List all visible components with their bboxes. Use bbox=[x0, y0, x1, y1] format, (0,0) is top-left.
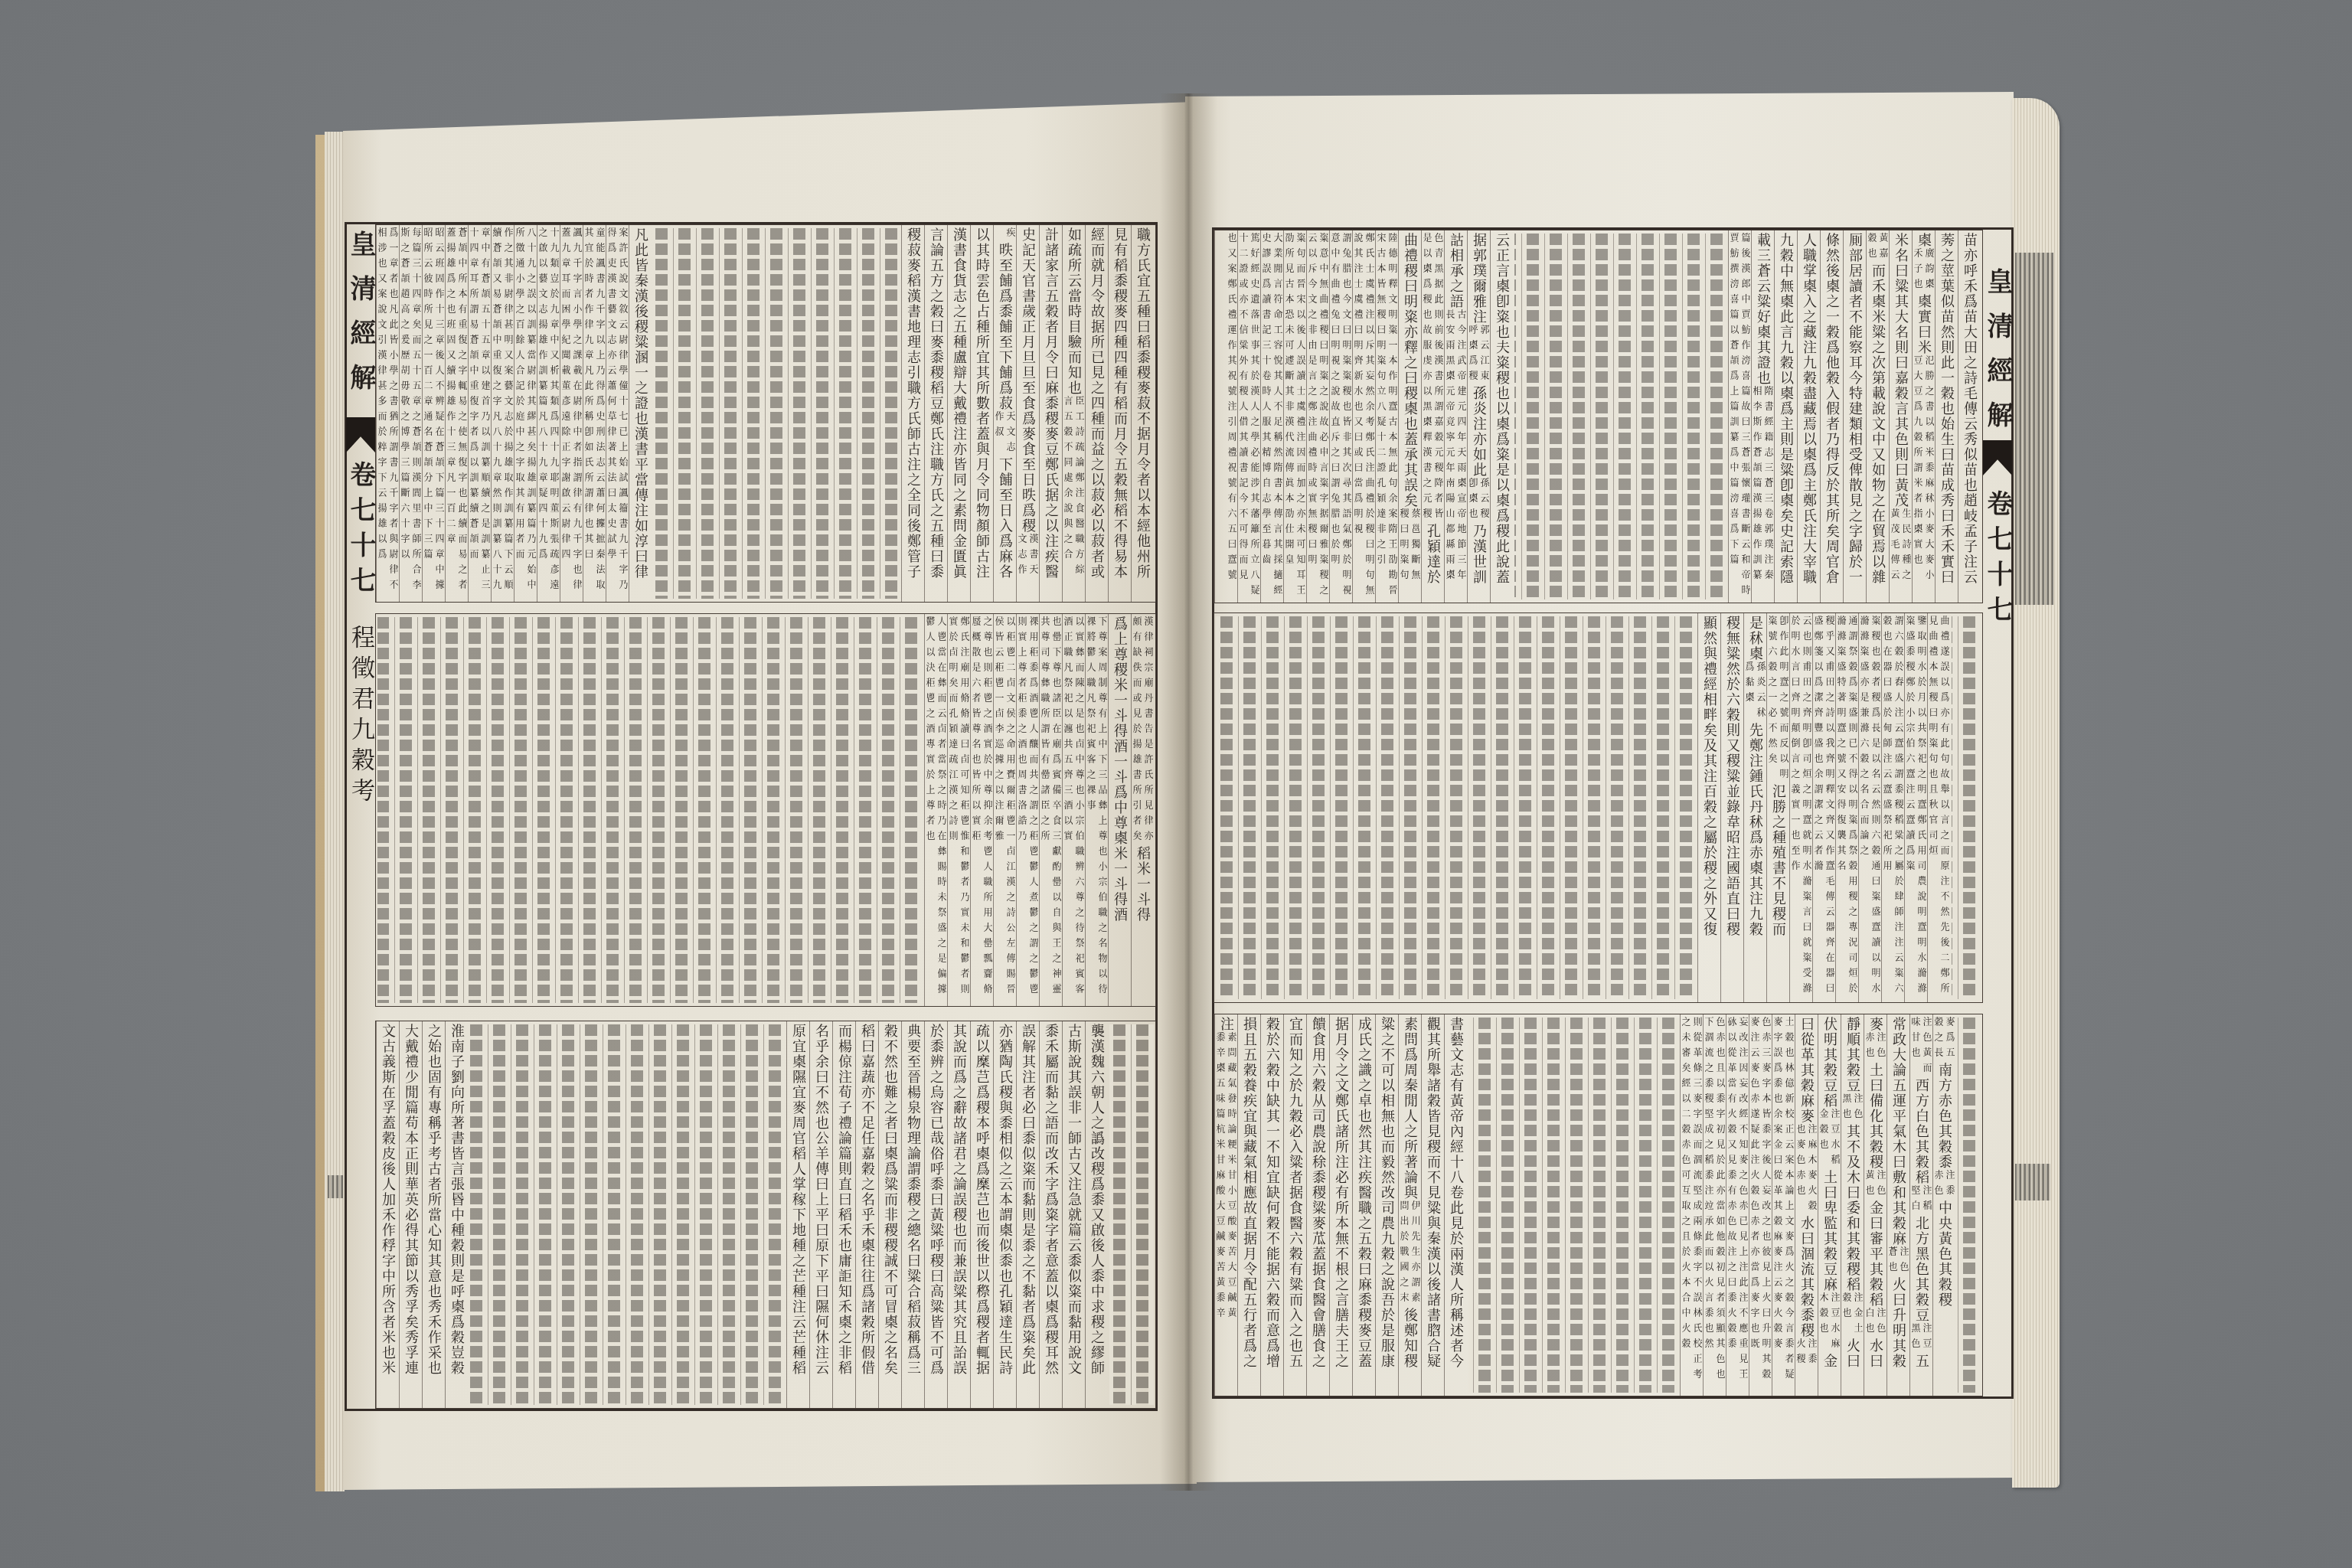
annotation-text: 色青黑据此則前後漢書所謂嘉穀元稷降者皆是以㮚爲稷也故服虔亦以黑㮚釋漢書之元稷 bbox=[1421, 233, 1444, 524]
main-text: 中央黃色其穀稷 bbox=[1936, 1200, 1952, 1308]
text-column: 淮南子劉向所著書皆言張昬中種穀則是呼㮚爲穀豈穀 bbox=[445, 1021, 468, 1408]
main-text: 凡此皆秦漢後稷粱溷一之證也漢書平當傳注如淳曰律 bbox=[632, 227, 648, 580]
annotation-text: 爲一章者也凡此皆小學之書猶所謂書九千字者與尉律不相涉也又案說文引漢律甚多而於粹字… bbox=[376, 227, 399, 602]
main-text: 稷菽麥稻漢書地理志引職方氏師古注之全同後鄭管子 bbox=[905, 227, 921, 580]
text-column: 章中有蒼頡五十五章以建首乃以訓纂順續之是訓纂止三十四章耳所謂易蒼頡中重復字者爲以… bbox=[468, 225, 491, 602]
untranscribed-text-block bbox=[377, 617, 923, 1003]
main-text: 見有稻黍稷麥四種四種有稻而月令五穀無稻不得易本 bbox=[1112, 227, 1128, 580]
text-column: 粢稷也穀者稷爲長是以名云然則六穀通曰粢盛齍讀以明水滫滌粢盛亦是兼滌六穀之名合而論… bbox=[1858, 613, 1881, 1002]
annotation-text: 注色黑也 bbox=[1841, 1093, 1864, 1124]
main-text: 條然後㮚之一穀爲他穀入假者乃得反於其所矣周官倉 bbox=[1824, 233, 1840, 585]
text-column: 云正言㮚卽粢也夫粢稷也以㮚爲粢是以㮚爲稷此說蓋 bbox=[1490, 230, 1513, 603]
text-column: 稻曰嘉蔬亦不足任嘉穀之名乎禾㮚往往爲諸穀所假借 bbox=[855, 1021, 878, 1408]
annotation-text: 生民詩種之黃茂毛傳云 bbox=[1889, 508, 1912, 585]
main-text: 淮南子劉向所著書皆言張昬中種穀則是呼㮚爲穀豈穀 bbox=[449, 1024, 465, 1376]
main-text: 氾勝之種殖書不見稷而 bbox=[1770, 784, 1786, 937]
main-text: 大戴禮少閒篇苟本正則華英必得其節以秀孚矣秀孚連 bbox=[403, 1024, 419, 1376]
text-column: 篤好經史遺落世事其於漢人之學必能涉其藩籬所立八疑十二證或亦不信粱外有稷人借其讀書… bbox=[1237, 230, 1260, 603]
annotation-text: 素問藏氣發時論粳米甘小豆酸麥苦大豆鹹黃黍辛㮚五味篇杭米甘麻酸大豆鹹麥苦黃黍辛 bbox=[1214, 1032, 1237, 1323]
annotation-text: 天文志作叔 bbox=[993, 411, 1016, 457]
text-column: 靜順其穀豆注色黑也其不及木曰委和其穀稷稻注金土穀也火曰 bbox=[1841, 1014, 1864, 1396]
main-text: 五 bbox=[1913, 1354, 1929, 1369]
main-text: 九穀中無㮚此言九穀以㮚爲主則是粱卽㮚矣史記索隱 bbox=[1778, 233, 1794, 585]
text-column: 見有稻黍稷麥四種四種有稻而月令五穀無稻不得易本 bbox=[1108, 225, 1131, 602]
untranscribed-text-block bbox=[1216, 616, 1697, 999]
annotation-text: 孫云稷卽㮚也 bbox=[1467, 478, 1490, 524]
text-column: 伏明其穀豆稻注豆水稻金穀也土曰卑監其穀豆麻注豆水麻木穀也金 bbox=[1818, 1014, 1841, 1396]
text-column: 襲漢魏六朝人之譌改稷爲黍又啟後人黍中求稷之繆師 bbox=[1085, 1021, 1108, 1408]
text-column: 粢句而晉宋以後人誤讀士虞禮注因而加之亦未可知耳王劭所見古本恐未可遽斷其非漢代流傳… bbox=[1283, 230, 1306, 603]
text-column: 職方氏宜五種曰稻黍稷麥菽不据月令者以本經他州所 bbox=[1131, 225, 1154, 602]
annotation-text: 古今注武帝建元四年天雨㮚宣帝地節三年長安雨黑㮚元帝竟寧元年南陽山都縣雨㮚 bbox=[1444, 309, 1467, 585]
text-column: 文古義斯在孚蓋穀皮後人加禾作稃字中所含者米也米 bbox=[376, 1021, 399, 1408]
text-column: 曰從革其穀麻麥注麻木麥火穀也麥色赤也水曰涸流其穀黍稷注黍火稷 bbox=[1795, 1014, 1818, 1396]
annotation-text: 漢律祠宗廟丹書告是許氏所見律亦頗有缺佚而或見於揚雄書所引者矣 bbox=[1131, 616, 1154, 846]
main-text: 乃漢世訓 bbox=[1471, 524, 1487, 585]
text-column: 經而就月令故据所已見之四種而益之以菽必以菽者或 bbox=[1085, 225, 1108, 602]
text-column: 米名曰粱其大名則曰嘉穀言其色則曰黃茂生民詩種之黃茂毛傳云 bbox=[1889, 230, 1912, 603]
annotation-text: 蔡邕獨斷無稷曰明粢句 bbox=[1398, 508, 1421, 585]
main-text: 先鄭注鍾氏丹秫爲赤㮚其注九穀 bbox=[1747, 723, 1763, 937]
main-text: 饋食用六穀从司農說稌黍稷粱麥苽蓋据食醫會膳食之 bbox=[1310, 1017, 1326, 1369]
text-column: 每篇三十四章矣而五十五章之蒼頡則漢閭里書師所合李斯之蒼頡趙高之爰歷胡毋敬之博學三… bbox=[399, 225, 422, 602]
annotation-text: 注豆水麻木穀也 bbox=[1818, 1292, 1841, 1354]
text-column: 鄭氏士虞禮注以斥其妄然余考鄭氏注曲禮於稷曰明句無說其注士虞禮曰明齊新水也又曰或曰… bbox=[1352, 230, 1375, 603]
fish-tail-ornament bbox=[346, 417, 375, 452]
main-text: 西方白色其穀稻 bbox=[1913, 1078, 1929, 1185]
main-text: 顯然與禮經相畔矣及其注百穀之屬於稷之外又復 bbox=[1701, 616, 1717, 937]
untranscribed-text-block bbox=[1468, 1018, 1680, 1393]
text-column: 也又案鄭氏禮運作其祝號注引周禮祝號有六五曰齍號 bbox=[1214, 230, 1237, 603]
annotation-text: 篤好經史遺落世事其於漢人之學必能涉其藩籬所立八疑十二證或亦不信粱外有稷人借其讀書… bbox=[1237, 233, 1260, 603]
main-text: 之始也固有專稱乎考古者所當心知其意也秀禾作采也 bbox=[426, 1024, 442, 1376]
untranscribed-text-block bbox=[653, 228, 903, 599]
text-column: 謂六穀於舂人注云齍盛謂黍稷稻粱之屬於肆師注注云粢六穀也在器曰盛於甸師注云齍盛祭祀… bbox=[1881, 613, 1904, 1002]
text-column: 穀不然也難之者曰㮚爲粱而非稷稷誠不可冒㮚之名矣 bbox=[878, 1021, 901, 1408]
left-middle-register: 漢律祠宗廟丹書告是許氏所見律亦頗有缺佚而或見於揚雄書所引者矣稻米一斗得爲上尊稷米… bbox=[375, 613, 1156, 1007]
main-text: 伏明其穀豆稻 bbox=[1821, 1017, 1837, 1109]
text-column: 稷無粱然於六穀則又稷粱並錄韋昭注國語直曰稷 bbox=[1720, 613, 1743, 1002]
annotation-text: 稷乎又甫田之詩以我齊明釋文齊又作齍毛傳云器齊在器曰盛鄭箋以爲潔齊豐盛也余謂潔之云… bbox=[1812, 616, 1835, 1002]
text-column: 黍禾屬而黏之語而改禾字爲粢字者意蓋以㮚爲稷耳然 bbox=[1039, 1021, 1062, 1408]
fish-tail-ornament bbox=[1983, 440, 2012, 475]
annotation-text: 以實彝而陳之是也卣中尊也小宗伯職辨六尊之待祭祀賓客酒正職凡祭祀以瀍共五齊三酒以實 bbox=[1062, 616, 1085, 1006]
column-group-right: 苗亦呼禾爲苗大田之詩毛傳云秀似苗也趙岐孟子注云莠之莖葉似苗然則此一穀也始生曰苗成… bbox=[1728, 230, 1981, 603]
text-column: 案許氏說文敘云尉律學僮十七已上始試諷籀書九千字乃得爲吏漢書藝文志亦云蕭何草律著其… bbox=[606, 225, 629, 602]
annotation-text: 色赤三麥字本皆黍字後人妄改之也彼見上火曰升明其穀麥注云麥色赤遂疑此注火穀色赤者亦… bbox=[1749, 1017, 1772, 1396]
left-lower-register: 淮南子劉向所著書皆言張昬中種穀則是呼㮚爲穀豈穀之始也固有專稱乎考古者所當心知其意… bbox=[375, 1021, 1156, 1409]
text-column: 祼用秬黍爲酒鬯人釀而共之謂之秬鬯鬱人煮鬱之謂之鬱鬯則實上尊者秬黍之酒也周書洛誥乃 bbox=[1016, 614, 1039, 1006]
text-column: 以秬鬯二卣文侯之命用賚爾秬鬯一卣江漢之詩公左傳賜晉侯皆云秬鬯一卣李巡據之以注爾雅 bbox=[993, 614, 1016, 1006]
annotation-text: 疾 bbox=[993, 227, 1016, 243]
annotation-text: 孫炎云秫爲黏㮚 bbox=[1743, 661, 1766, 723]
text-column: 謂兔腊也今文曰明粢粢稷也皆非其次尋其語氣鄭於明視意中有曲禮兔曰明視之說故直斥之曰… bbox=[1329, 230, 1352, 603]
main-text: 稷無粱然於六穀則又稷粱並錄韋昭注國語直曰稷 bbox=[1724, 616, 1740, 937]
main-text: 火曰 bbox=[1844, 1338, 1860, 1369]
annotation-text: 注黍赤色 bbox=[1932, 1170, 1955, 1200]
text-column: 昭云班固作十三章後人不辨疑在蒼頡下篇三十四章中據昭所云彼時所見之一百二章通名蒼頡… bbox=[422, 225, 445, 602]
text-column: 篇後漢郎中賈魴作滂喜篇故曰三蒼張懷瓘書斷云和帝時賈魴撰滂喜篇以蒼頡爲上篇訓纂爲中… bbox=[1728, 230, 1751, 603]
annotation-text: 篇後漢郎中賈魴作滂喜篇故曰三蒼張懷瓘書斷云和帝時賈魴撰滂喜篇以蒼頡爲上篇訓纂爲中… bbox=[1728, 233, 1751, 603]
text-column: 名乎余曰不然也公羊傳曰上平曰原下平曰隰何休注云 bbox=[809, 1021, 832, 1408]
text-column: 鑒取明水於月以共祭祀之明齍鄭氏用司農說明齍明水滫滌粢盛黍稷鄭於小宗伯六齍注云齍讀… bbox=[1904, 613, 1927, 1002]
annotation-text: 郭云江東呼㮚爲稷 bbox=[1467, 325, 1490, 386]
main-text: 金曰審平其穀稻 bbox=[1867, 1200, 1883, 1308]
annotation-text: 大業閒言符命工容悅其人不足稱然隋書本傳言其採擿經史謬誤爲讀書記三十卷時人服其精博… bbox=[1260, 233, 1283, 603]
text-column: 穀於六穀中缺其一不知宜缺何穀不能据六穀而意爲增 bbox=[1260, 1014, 1283, 1396]
column-group-right: 曲禮遂誤以爲亦有此句故舉以言之而原注不然先後二鄭所見曲禮本無稷曰明粢句也且秋官司… bbox=[1697, 613, 1950, 1002]
right-upper-register: 云正言㮚卽粢也夫粢稷也以㮚爲粢是以㮚爲稷此說蓋据郭璞爾雅注郭云江東呼㮚爲稷孫炎注… bbox=[1214, 230, 1983, 603]
main-text: 疏以穈芑爲稷本呼㮚爲穈芑也而後世以穄爲稷者輒据 bbox=[974, 1024, 990, 1376]
main-text: 誤解其注者必曰黍似粢而黏則是黍之不黏者爲粢矣此 bbox=[1020, 1024, 1036, 1376]
main-text: 常政大論五運平氣木曰敷和其穀麻 bbox=[1890, 1017, 1906, 1246]
annotation-text: 注色黃也 bbox=[1864, 1170, 1886, 1200]
text-column: 漢律祠宗廟丹書告是許氏所見律亦頗有缺佚而或見於揚雄書所引者矣稻米一斗得 bbox=[1131, 614, 1154, 1006]
text-column: 以實彝而陳之是也卣中尊也小宗伯職辨六尊之待祭祀賓客酒正職凡祭祀以瀍共五齊三酒以實 bbox=[1062, 614, 1085, 1006]
text-column: 則從革條三麥字誤而涸流堅成兩條黍字不誤林氏校正考之未審矣經以二穀赤色可互取之且於… bbox=[1680, 1014, 1703, 1396]
main-text: 損且五穀養疾宜與藏氣相應故直据月令配五行者爲之 bbox=[1241, 1017, 1257, 1369]
annotation-text: 注色白也 bbox=[1864, 1308, 1886, 1338]
text-column: 通謂祭穀爲粢盛則已不得以明粢爲祭穀用稷之專況司烜於滫滌粢盛特著明齍之號又安得復襲… bbox=[1835, 613, 1858, 1002]
text-column: 厠部居讀者不能察耳今特建類相受俾散見之字歸於一 bbox=[1843, 230, 1866, 603]
main-text: 成氏之識之卓也然其注疾醫職之五穀曰麻黍稷麥豆蓋 bbox=[1356, 1017, 1372, 1369]
annotation-text: 粢意中無曲禮稷曰明粢之說故必申言粢字据爾雅粢稷之云以斥今文之非由是言之鄭注曲禮時… bbox=[1306, 233, 1329, 603]
fore-edge-ink-smear bbox=[2015, 1164, 2050, 1200]
text-column: 云也則甫田之齊明卽司烜之明齍就明水滫粢言曰就粢受滌於明水言曰齊明顛倒言之義實一也… bbox=[1789, 613, 1812, 1002]
text-column: 苗亦呼禾爲苗大田之詩毛傳云秀似苗也趙岐孟子注云 bbox=[1958, 230, 1981, 603]
annotation-text: 鄭氏注廟用脩脩讀曰卣可知秬鬯惟和鬱者乃實未和鬱者則實於卣明矣而孔穎達疏江漢之詩則 bbox=[947, 616, 970, 1006]
main-text: 莠之莖葉似苗然則此一穀也始生曰苗成秀曰禾禾實曰 bbox=[1939, 233, 1955, 585]
main-text: 曲禮稷曰明粢亦釋之曰稷㮚也蓋承其誤矣 bbox=[1402, 233, 1418, 508]
column-group-left: 云正言㮚卽粢也夫粢稷也以㮚爲粢是以㮚爲稷此說蓋据郭璞爾雅注郭云江東呼㮚爲稷孫炎注… bbox=[1214, 230, 1513, 603]
main-text: 史記天官書歲正月旦旦至食爲麥食至日昳爲稷 bbox=[1020, 227, 1036, 534]
text-column: 爲上尊稷米一斗得酒一斗爲中尊㮚米一斗得酒 bbox=[1108, 614, 1131, 1006]
annotation-text: 漢書天文志作 bbox=[1016, 534, 1039, 580]
main-text: 後鄭知稷 bbox=[1402, 1308, 1418, 1369]
main-text: 苗亦呼禾爲苗大田之詩毛傳云秀似苗也趙岐孟子注云 bbox=[1962, 233, 1978, 585]
main-text: 稻米一斗得 bbox=[1135, 846, 1151, 923]
column-group-right: 職方氏宜五種曰稻黍稷麥菽不据月令者以本經他州所見有稻黍稷麥四種四種有稻而月令五穀… bbox=[901, 225, 1154, 602]
untranscribed-text-block bbox=[1957, 1018, 1981, 1393]
text-column: 詁相承之語古今注武帝建元四年天雨㮚宣帝地節三年長安雨黑㮚元帝竟寧元年南陽山都縣雨… bbox=[1444, 230, 1467, 603]
main-text: 言論五方之穀曰麥黍稷稻豆鄭氏注職方氏之五種曰黍 bbox=[928, 227, 944, 580]
text-column: 疏以穈芑爲稷本呼㮚爲穈芑也而後世以穄爲稷者輒据 bbox=[970, 1021, 993, 1408]
text-column: 宜而知之於九穀必入粱者据食醫六穀有粱而入之也五 bbox=[1283, 1014, 1306, 1396]
annotation-text: 也又案鄭氏禮運作其祝號注引周禮祝號有六五曰齍號 bbox=[1214, 233, 1237, 603]
main-text: 据月令之文鄭氏諸所注必有所本無不根之言膳夫王之 bbox=[1333, 1017, 1349, 1369]
right-page-margin-column: 皇清經解 卷七十七 bbox=[1983, 230, 2012, 1396]
text-column: 如疏所云當時目驗而知也臣工詩疏論鄭注食醫職方綜言五穀不同處余說與之合 bbox=[1062, 225, 1085, 602]
text-column: 鄭氏注廟用脩脩讀曰卣可知秬鬯惟和鬱者乃實未和鬱者則實於卣明矣而孔穎達疏江漢之詩則 bbox=[947, 614, 970, 1006]
text-column: 注素問藏氣發時論粳米甘小豆酸麥苦大豆鹹黃黍辛㮚五味篇杭米甘麻酸大豆鹹麥苦黃黍辛 bbox=[1214, 1014, 1237, 1396]
main-text: 米名曰粱其大名則曰嘉穀言其色則曰黃茂 bbox=[1893, 233, 1909, 508]
text-column: 黃嘉穀也而禾㮚米粱之次第載說文中又如物之在貿焉以雜 bbox=[1866, 230, 1889, 603]
main-text: 文古義斯在孚蓋穀皮後人加禾作稃字中所含者米也米 bbox=[380, 1024, 396, 1376]
annotation-text: 也罍下尊也諸臣在廟爲賓備卒食三獻酌罍以自與王之神靈共尊司尊彝職所謂皆有罍諸臣之所 bbox=[1039, 616, 1062, 1006]
annotation-text: 案許氏說文敘云尉律學僮十七已上始試諷籀書九千字乃得爲吏漢書藝文志亦云蕭何草律著其… bbox=[606, 227, 629, 602]
main-text: 㮚實曰米 bbox=[1916, 294, 1932, 355]
annotation-text: 色赤也且以黍字初見於此亦當如他穀初見者須顯其色也下涸流之黍稷堅成之稻黍注竝承此而… bbox=[1703, 1017, 1726, 1396]
main-text: 人職掌㮚入之藏注九穀盡藏焉以㮚爲主鄭氏注大宰職 bbox=[1801, 233, 1817, 585]
text-column: 人鬯當在彝而云卣者當祭之時乃在彝賜時未祭盛之是偏據鬱人以決秬鬯之酒專實於上尊者也 bbox=[924, 614, 947, 1006]
left-page-edge-stack bbox=[325, 132, 345, 1491]
text-column: 麥爲五穀之長南方赤色其穀黍注黍赤色中央黃色其穀稷 bbox=[1932, 1014, 1955, 1396]
text-column: 色青黑据此則前後漢書所謂嘉穀元稷降者皆是以㮚爲稷也故服虔亦以黑㮚釋漢書之元稷孔穎… bbox=[1421, 230, 1444, 603]
annotation-text: 每篇三十四章矣而五十五章之蒼頡則漢閭里書師所合李斯之蒼頡趙高之爰歷胡毋敬之博學三… bbox=[399, 227, 422, 602]
text-column: 注色黃而味甘也西方白色其穀稻注稻堅白北方黑色其穀豆注豆黑色五 bbox=[1909, 1014, 1932, 1396]
annotation-text: 注麻木麥火穀也麥色赤也 bbox=[1795, 1124, 1818, 1216]
annotation-text: 注色黃而味甘也 bbox=[1909, 1017, 1932, 1078]
annotation-text: 土穀也林億新校正云案本論上文麥爲火之穀今言黍者疑麥字誤爲黍也余案金曰從革其穀麻麥… bbox=[1772, 1017, 1795, 1396]
text-column: 色赤也且以黍字初見於此亦當如他穀初見者須顯其色也下涸流之黍稷堅成之稻黍注竝承此而… bbox=[1703, 1014, 1726, 1396]
text-column: 言論五方之穀曰麥黍稷稻豆鄭氏注職方氏之五種曰黍 bbox=[924, 225, 947, 602]
left-page-margin-column: 皇清經解 卷七十七 程徵君九穀考 bbox=[346, 224, 375, 1409]
main-text: 水曰 bbox=[1867, 1338, 1883, 1369]
main-text: 粱之不可以相無也而毅然改司農九穀之說吾於是服康 bbox=[1379, 1017, 1395, 1369]
annotation-text: 注豆水稻金穀也 bbox=[1818, 1109, 1841, 1170]
main-text: 土曰備化其穀稷 bbox=[1867, 1063, 1883, 1170]
text-column: 成氏之識之卓也然其注疾醫職之五穀曰麻黍稷麥豆蓋 bbox=[1352, 1014, 1375, 1396]
annotation-text: 注色赤也 bbox=[1864, 1032, 1886, 1063]
main-text: 襲漢魏六朝人之譌改稷爲黍又啟後人黍中求稷之繆師 bbox=[1089, 1024, 1105, 1376]
annotation-text: 鄭氏士虞禮注以斥其妄然余考鄭氏注曲禮於稷曰明句無說其注士虞禮曰明齊新水也又曰或曰… bbox=[1352, 233, 1375, 603]
main-text: 南方赤色其穀黍 bbox=[1936, 1063, 1952, 1170]
volume-label: 卷七十七 bbox=[1983, 490, 2012, 631]
annotation-text: 童能諷書九千字以上乃得爲史刑法志云蕭何攈摭秦法取其宜於時者作律九章凡此所稱卽如氏… bbox=[583, 227, 606, 602]
text-column: 凡此皆秦漢後稷粱溷一之證也漢書平當傳注如淳曰律 bbox=[629, 225, 652, 602]
main-text: 素問爲周秦閒人之所著論與 bbox=[1402, 1017, 1418, 1200]
text-column: 疾昳至餔爲黍餔至下餔爲菽天文志作叔下餔至日入爲麻各 bbox=[993, 225, 1016, 602]
annotation-text: 謂兔腊也今文曰明粢粢稷也皆非其次尋其語氣鄭於明視意中有曲禮兔曰明視之說故直斥之曰… bbox=[1329, 233, 1352, 603]
text-column: 古斯說其誤非一師古又注急就篇云黍似粢而黏用說文 bbox=[1062, 1021, 1085, 1408]
main-text: 云正言㮚卽粢也夫粢稷也以㮚爲粢是以㮚爲稷此說蓋 bbox=[1494, 233, 1510, 585]
annotation-text: 卽作此明齍之號而反以明粢號六穀之一必不然矣 bbox=[1766, 616, 1789, 784]
main-text: 黍禾屬而黏之語而改禾字爲粢字者意蓋以㮚爲稷耳然 bbox=[1043, 1024, 1059, 1376]
annotation-text: 章中有蒼頡五十五章以建首乃以訓纂順續之是訓纂止三十四章耳所謂易蒼頡中重復字者爲以… bbox=[468, 227, 491, 602]
text-column: 之始也固有專稱乎考古者所當心知其意也秀禾作采也 bbox=[422, 1021, 445, 1408]
main-text: 宜而知之於九穀必入粱者据食醫六穀有粱而入之也五 bbox=[1287, 1017, 1303, 1369]
text-column: 曲禮稷曰明粢亦釋之曰稷㮚也蓋承其誤矣蔡邕獨斷無稷曰明粢句 bbox=[1398, 230, 1421, 603]
text-column: 色赤三麥字本皆黍字後人妄改之也彼見上火曰升明其穀麥注云麥色赤遂疑此注火穀色赤者亦… bbox=[1749, 1014, 1772, 1396]
text-column: 十九類豈於九章中又析其類爲四十九耶明董斯張疏彥遠之啟以藝文志揚雄作訓纂篇凡八十九… bbox=[537, 225, 560, 602]
annotation-text: 注金土穀也 bbox=[1841, 1292, 1864, 1338]
text-column: 据月令之文鄭氏諸所注必有所本無不根之言膳夫王之 bbox=[1329, 1014, 1352, 1396]
text-column: 以其時雲色占種所宜其所數者蓋與月令同物顏師古注 bbox=[970, 225, 993, 602]
annotation-text: 謂六穀於舂人注云齍盛謂黍稷稻粱之屬於肆師注注云粢六穀也在器曰盛於甸師注云齍盛祭祀… bbox=[1881, 616, 1904, 1002]
main-text: 稻曰嘉蔬亦不足任嘉穀之名乎禾㮚往往爲諸穀所假借 bbox=[859, 1024, 875, 1376]
text-column: 据郭璞爾雅注郭云江東呼㮚爲稷孫炎注亦如此孫云稷卽㮚也乃漢世訓 bbox=[1467, 230, 1490, 603]
main-text: 注 bbox=[1218, 1017, 1234, 1032]
main-text: 而楊倞注荀子禮論篇則直曰稻禾也庸詎知禾㮚之非稻 bbox=[836, 1024, 852, 1376]
main-text: 原宜㮚隰宜麥周官稻人掌稼下地種之芒種注云芒種稻 bbox=[790, 1024, 806, 1376]
main-text: 下餔至日入爲麻各 bbox=[997, 457, 1013, 580]
main-text: 經而就月令故据所已見之四種而益之以菽必以菽者或 bbox=[1089, 227, 1105, 580]
main-text: 厠部居讀者不能察耳今特建類相受俾散見之字歸於一 bbox=[1847, 233, 1863, 585]
column-group-right: 漢律祠宗廟丹書告是許氏所見律亦頗有缺佚而或見於揚雄書所引者矣稻米一斗得爲上尊稷米… bbox=[924, 614, 1154, 1006]
text-column: 書藝文志有黃帝內經十八卷此見於兩漢人所稱述者今 bbox=[1444, 1014, 1467, 1396]
main-text: 金 bbox=[1821, 1354, 1837, 1369]
text-column: 作之其非尉律甚明又案藝文志於揚雄取作訓纂篇下云順續蒼頡又易蒼頡中重復之字凡八十九… bbox=[491, 225, 514, 602]
right-lower-register: 書藝文志有黃帝內經十八卷此見於兩漢人所稱述者今觀其所舉諸穀皆見稷而不見粱與秦漢以… bbox=[1214, 1014, 1983, 1396]
main-text: 火曰升明其穀 bbox=[1890, 1277, 1906, 1369]
annotation-text: 注豆黑色 bbox=[1909, 1323, 1932, 1354]
main-text: 詁相承之語 bbox=[1448, 233, 1464, 309]
annotation-text: 注稻堅白 bbox=[1909, 1185, 1932, 1216]
untranscribed-text-block bbox=[1952, 616, 1981, 999]
text-column: 計諸家言五穀者月令曰麻黍稷麥豆鄭氏据之以注疾醫 bbox=[1039, 225, 1062, 602]
annotation-text: 妄改注因妄改經不知麥之色赤已見上注此注不應重見王砅以從革當有火穀又見黍有赤色故注… bbox=[1726, 1017, 1749, 1396]
text-column: 卽作此明齍之號而反以明粢號六穀之一必不然矣氾勝之種殖書不見稷而 bbox=[1766, 613, 1789, 1002]
main-text: 土曰卑監其穀豆麻 bbox=[1821, 1170, 1837, 1292]
main-text: 孫炎注亦如此 bbox=[1471, 386, 1487, 478]
right-middle-register: 曲禮遂誤以爲亦有此句故舉以言之而原注不然先後二鄭所見曲禮本無稷曰明粢句也且秋官司… bbox=[1214, 612, 1983, 1003]
text-column: 亦猶陶氏稷與黍相似之云本謂㮚似黍也孔穎達生民詩 bbox=[993, 1021, 1016, 1408]
main-text: 名乎余曰不然也公羊傳曰上平曰原下平曰隰何休注云 bbox=[813, 1024, 829, 1376]
text-column: 也罍下尊也諸臣在廟爲賓備卒食三獻酌罍以自與王之神靈共尊司尊彝職所謂皆有罍諸臣之所 bbox=[1039, 614, 1062, 1006]
left-upper-register: 凡此皆秦漢後稷粱溷一之證也漢書平當傳注如淳曰律案許氏說文敘云尉律學僮十七已上始試… bbox=[375, 224, 1156, 603]
annotation-text: 陸德明釋文明粢一本作明齍古本無此句余案隋王劭勘晉宋古本皆無稷曰明粢句立八疑十二證… bbox=[1375, 233, 1398, 603]
text-column: 觀其所舉諸穀皆見稷而不見粱與秦漢以後諸書脗合疑 bbox=[1421, 1014, 1444, 1396]
main-text: 穀於六穀中缺其一不知宜缺何穀不能据六穀而意爲增 bbox=[1264, 1017, 1280, 1369]
annotation-text: 隋書經籍志三蒼三卷郭璞注秦相李斯作蒼頡篇漢揚雄作訓纂 bbox=[1751, 386, 1774, 585]
annotation-text: 昭云班固作十三章後人不辨疑在蒼頡下篇三十四章中據昭所云彼時所見之一百二章通名蒼頡… bbox=[422, 227, 445, 602]
text-column: 蒼頡中所本有重復之字輒易之使無復字也此續而易之者蓋揚雄爲之也班固又續揚雄作十三章… bbox=[445, 225, 468, 602]
main-text: 㮚 bbox=[1916, 233, 1932, 248]
annotation-text: 鑒取明水於月以共祭祀之明齍鄭氏用司農說明齍明水滫滌粢盛黍稷鄭於小宗伯六齍注云齍讀… bbox=[1904, 616, 1927, 1002]
annotation-text: 粢句而晉宋以後人誤讀士虞禮注因而加之亦未可知耳王劭所見古本恐未可遽斷其非漢代流傳… bbox=[1283, 233, 1306, 603]
untranscribed-text-block bbox=[469, 1024, 786, 1405]
main-text: 如疏所云當時目驗而知也 bbox=[1066, 227, 1082, 396]
annotation-text: 十九類豈於九章中又析其類爲四十九耶明董斯張疏彥遠之啟以藝文志揚雄作訓纂篇凡八十九… bbox=[537, 227, 560, 602]
text-column: 於黍辨之烏容已哉俗呼黍曰黃粱呼稷曰高粱皆不可爲 bbox=[924, 1021, 947, 1408]
annotation-text: 云也則甫田之齊明卽司烜之明齍就明水滫粢言曰就粢受滌於明水言曰齊明顛倒言之義實一也… bbox=[1789, 616, 1812, 1002]
text-column: 載三蒼云粱好㮚其證也隋書經籍志三蒼三卷郭璞注秦相李斯作蒼頡篇漢揚雄作訓纂 bbox=[1751, 230, 1774, 603]
column-group-right: 襲漢魏六朝人之譌改稷爲黍又啟後人黍中求稷之繆師古斯說其誤非一師古又注急就篇云黍似… bbox=[786, 1021, 1108, 1408]
main-text: 職方氏宜五種曰稻黍稷麥菽不据月令者以本經他州所 bbox=[1135, 227, 1151, 580]
column-group-left: 書藝文志有黃帝內經十八卷此見於兩漢人所稱述者今觀其所舉諸穀皆見稷而不見粱與秦漢以… bbox=[1214, 1014, 1467, 1396]
text-column: 損且五穀養疾宜與藏氣相應故直据月令配五行者爲之 bbox=[1237, 1014, 1260, 1396]
annotation-text: 以秬鬯二卣文侯之命用賚爾秬鬯一卣江漢之詩公左傳賜晉侯皆云秬鬯一卣李巡據之以注爾雅 bbox=[993, 616, 1016, 1006]
text-column: 諷九千字言小學之課載在尉律中者指謂律有九千字也律蓋九章耳而困學紀聞載董彥遠除正字… bbox=[560, 225, 583, 602]
main-text: 曰從革其穀麻麥 bbox=[1798, 1017, 1815, 1124]
text-column: 土穀也林億新校正云案本論上文麥爲火之穀今言黍者疑麥字誤爲黍也余案金曰從革其穀麻麥… bbox=[1772, 1014, 1795, 1396]
book-title: 皇清經解 bbox=[346, 230, 375, 408]
main-text: 亦猶陶氏稷與黍相似之云本謂㮚似黍也孔穎達生民詩 bbox=[997, 1024, 1013, 1376]
main-text: 昳至餔爲黍餔至下餔爲菽 bbox=[997, 243, 1013, 411]
annotation-text: 伊川先生亦謂素問出於戰國之末 bbox=[1398, 1200, 1421, 1308]
main-text: 於黍辨之烏容已哉俗呼黍曰黃粱呼稷曰高粱皆不可爲 bbox=[928, 1024, 944, 1376]
annotation-text: 曲禮遂誤以爲亦有此句故舉以言之而原注不然先後二鄭所見曲禮本無稷曰明粢句也且秋官司… bbox=[1927, 616, 1950, 1002]
column-group-left: 凡此皆秦漢後稷粱溷一之證也漢書平當傳注如淳曰律案許氏說文敘云尉律學僮十七已上始試… bbox=[376, 225, 652, 602]
main-text: 据郭璞爾雅注 bbox=[1471, 233, 1487, 325]
main-text: 孔穎達於 bbox=[1425, 524, 1441, 585]
text-column: 莠之莖葉似苗然則此一穀也始生曰苗成秀曰禾禾實曰 bbox=[1935, 230, 1958, 603]
main-text: 其不及木曰委和其穀稷稻 bbox=[1844, 1124, 1860, 1292]
text-column: 妄改注因妄改經不知麥之色赤已見上注此注不應重見王砅以從革當有火穀又見黍有赤色故注… bbox=[1726, 1014, 1749, 1396]
main-text: 北方黑色其穀豆 bbox=[1913, 1216, 1929, 1323]
text-column: 而楊倞注荀子禮論篇則直曰稻禾也庸詎知禾㮚之非稻 bbox=[832, 1021, 855, 1408]
main-text: 穀不然也難之者曰㮚爲粱而非稷稷誠不可冒㮚之名矣 bbox=[882, 1024, 898, 1376]
text-column: 九穀中無㮚此言九穀以㮚爲主則是粱卽㮚矣史記索隱 bbox=[1774, 230, 1797, 603]
text-column: 是秫㮚孫炎云秫爲黏㮚先鄭注鍾氏丹秫爲赤㮚其注九穀 bbox=[1743, 613, 1766, 1002]
text-column: 其說而爲之辭故諸君之論誤稷也而兼誤粱其究且詒誤 bbox=[947, 1021, 970, 1408]
main-text: 其說而爲之辭故諸君之論誤稷也而兼誤粱其究且詒誤 bbox=[951, 1024, 967, 1376]
text-column: 稷乎又甫田之詩以我齊明釋文齊又作齍毛傳云器齊在器曰盛鄭箋以爲潔齊豐盛也余謂潔之云… bbox=[1812, 613, 1835, 1002]
text-column: 粱之不可以相無也而毅然改司農九穀之說吾於是服康 bbox=[1375, 1014, 1398, 1396]
text-column: 饋食用六穀从司農說稌黍稷粱麥苽蓋据食醫會膳食之 bbox=[1306, 1014, 1329, 1396]
main-text: 觀其所舉諸穀皆見稷而不見粱與秦漢以後諸書脗合疑 bbox=[1425, 1017, 1441, 1369]
text-column: 顯然與禮經相畔矣及其注百穀之屬於稷之外又復 bbox=[1697, 613, 1720, 1002]
untranscribed-text-block bbox=[1109, 1024, 1154, 1405]
annotation-text: 廣韵㮚禾子也 bbox=[1912, 248, 1935, 294]
annotation-text: 作之其非尉律甚明又案藝文志於揚雄取作訓纂篇下云順續蒼頡又易蒼頡中重復之字凡八十九… bbox=[491, 227, 514, 602]
main-text: 書藝文志有黃帝內經十八卷此見於兩漢人所稱述者今 bbox=[1448, 1017, 1464, 1369]
text-column: 麥注色赤也土曰備化其穀稷注色黃也金曰審平其穀稻注色白也水曰 bbox=[1864, 1014, 1886, 1396]
annotation-text: 下尊案周制尊有上中下三品彝上尊也小宗伯職之名物以待祼將鬱人職凡祭祀賓客之祼事 bbox=[1085, 616, 1108, 1006]
text-column: 原宜㮚隰宜麥周官稻人掌稼下地種之芒種注云芒種稻 bbox=[786, 1021, 809, 1408]
main-text: 是秫㮚 bbox=[1747, 616, 1763, 661]
column-group-left: 淮南子劉向所著書皆言張昬中種穀則是呼㮚爲穀豈穀之始也固有專稱乎考古者所當心知其意… bbox=[376, 1021, 468, 1408]
text-column: 之尊也則秬鬯之酒實於中尊抑余考鬯人職所用大罍瓢齎脩蜃概散是六者皆尊名也皆所以實秬 bbox=[970, 614, 993, 1006]
text-column: 史記天官書歲正月旦旦至食爲麥食至日昳爲稷漢書天文志作 bbox=[1016, 225, 1039, 602]
main-text: 爲上尊稷米一斗得酒一斗爲中尊㮚米一斗得酒 bbox=[1112, 616, 1128, 923]
main-text: 載三蒼云粱好㮚其證也 bbox=[1755, 233, 1771, 386]
text-column: 素問爲周秦閒人之所著論與伊川先生亦謂素問出於戰國之末後鄭知稷 bbox=[1398, 1014, 1421, 1396]
left-edge-ink-smear bbox=[328, 1175, 343, 1198]
text-column: 爲一章者也凡此皆小學之書猶所謂書九千字者與尉律不相涉也又案說文引漢律甚多而於粹字… bbox=[376, 225, 399, 602]
volume-label: 卷七十七 bbox=[346, 461, 375, 602]
main-text: 典要至晉楊泉物理論謂黍稷之總名曰粱合稻菽稱爲三 bbox=[905, 1024, 921, 1376]
annotation-text: 蒼頡中所本有重復之字輒易之使無復字也此續而易之者蓋揚雄爲之也班固又續揚雄作十三章… bbox=[445, 227, 468, 602]
text-column: 下尊案周制尊有上中下三品彝上尊也小宗伯職之名物以待祼將鬱人職凡祭祀賓客之祼事 bbox=[1085, 614, 1108, 1006]
fore-edge-ink-smear bbox=[2015, 253, 2053, 605]
main-text: 水曰涸流其穀黍稷 bbox=[1798, 1216, 1815, 1338]
text-column: 典要至晉楊泉物理論謂黍稷之總名曰粱合稻菽稱爲三 bbox=[901, 1021, 924, 1408]
annotation-text: 通謂祭穀爲粢盛則已不得以明粢爲祭穀用稷之專況司烜於滫滌粢盛特著明齍之號又安得復襲… bbox=[1835, 616, 1858, 1002]
annotation-text: 氾勝之書以稻米黍麻秫小麥大麥小豆大豆爲九穀所謂米者指㮚實也 bbox=[1912, 355, 1935, 585]
main-text: 而禾㮚米粱之次第載說文中又如物之在貿焉以雜 bbox=[1870, 263, 1886, 585]
text-column: 誤解其注者必曰黍似粢而黏則是黍之不黏者爲粢矣此 bbox=[1016, 1021, 1039, 1408]
main-text: 靜順其穀豆 bbox=[1844, 1017, 1860, 1093]
text-column: 常政大論五運平氣木曰敷和其穀麻注色蒼也火曰升明其穀 bbox=[1886, 1014, 1909, 1396]
text-column: 稷菽麥稻漢書地理志引職方氏師古注之全同後鄭管子 bbox=[901, 225, 924, 602]
text-column: 漢書食貨志之五種盧辯大戴禮注亦皆同之素問金匱眞 bbox=[947, 225, 970, 602]
text-column: 粢意中無曲禮稷曰明粢之說故必申言粢字据爾雅粢稷之云以斥今文之非由是言之鄭注曲禮時… bbox=[1306, 230, 1329, 603]
main-text: 麥 bbox=[1867, 1017, 1883, 1032]
text-column: 陸德明釋文明粢一本作明齍古本無此句余案隋王劭勘晉宋古本皆無稷曰明粢句立八疑十二證… bbox=[1375, 230, 1398, 603]
column-group-right: 麥爲五穀之長南方赤色其穀黍注黍赤色中央黃色其穀稷注色黃而味甘也西方白色其穀稻注稻… bbox=[1680, 1014, 1955, 1396]
text-column: 㮚廣韵㮚禾子也㮚實曰米氾勝之書以稻米黍麻秫小麥大麥小豆大豆爲九穀所謂米者指㮚實也 bbox=[1912, 230, 1935, 603]
annotation-text: 臣工詩疏論鄭注食醫職方綜言五穀不同處余說與之合 bbox=[1062, 396, 1085, 580]
annotation-text: 黃嘉穀也 bbox=[1866, 233, 1889, 263]
text-column: 大戴禮少閒篇苟本正則華英必得其節以秀孚矣秀孚連 bbox=[399, 1021, 422, 1408]
book-title: 皇清經解 bbox=[1983, 268, 2012, 446]
main-text: 漢書食貨志之五種盧辯大戴禮注亦皆同之素問金匱眞 bbox=[951, 227, 967, 580]
annotation-text: 人鬯當在彝而云卣者當祭之時乃在彝賜時未祭盛之是偏據鬱人以決秬鬯之酒專實於上尊者也 bbox=[924, 616, 947, 1006]
text-column: 曲禮遂誤以爲亦有此句故舉以言之而原注不然先後二鄭所見曲禮本無稷曰明粢句也且秋官司… bbox=[1927, 613, 1950, 1002]
text-column: 八十九之誤以訓纂當尉律其繆甚矣揚雄訓纂篇乃元始中所徵通小學之百餘人合記於庭中之字… bbox=[514, 225, 537, 602]
main-text: 古斯說其誤非一師古又注急就篇云黍似粢而黏用說文 bbox=[1066, 1024, 1082, 1376]
annotation-text: 麥爲五穀之長 bbox=[1932, 1017, 1955, 1063]
main-text: 以其時雲色占種所宜其所數者蓋與月令同物顏師古注 bbox=[974, 227, 990, 580]
annotation-text: 粢稷也穀者稷爲長是以名云然則六穀通曰粢盛齍讀以明水滫滌粢盛亦是兼滌六穀之名合而論… bbox=[1858, 616, 1881, 1002]
annotation-text: 祼用秬黍爲酒鬯人釀而共之謂之秬鬯鬱人煮鬱之謂之鬱鬯則實上尊者秬黍之酒也周書洛誥乃 bbox=[1016, 616, 1039, 1006]
untranscribed-text-block bbox=[1514, 234, 1728, 599]
annotation-text: 之尊也則秬鬯之酒實於中尊抑余考鬯人職所用大罍瓢齎脩蜃概散是六者皆尊名也皆所以實秬 bbox=[970, 616, 993, 1006]
annotation-text: 注黍火稷 bbox=[1795, 1338, 1818, 1369]
annotation-text: 注色蒼也 bbox=[1886, 1246, 1909, 1277]
text-column: 人職掌㮚入之藏注九穀盡藏焉以㮚爲主鄭氏注大宰職 bbox=[1797, 230, 1820, 603]
